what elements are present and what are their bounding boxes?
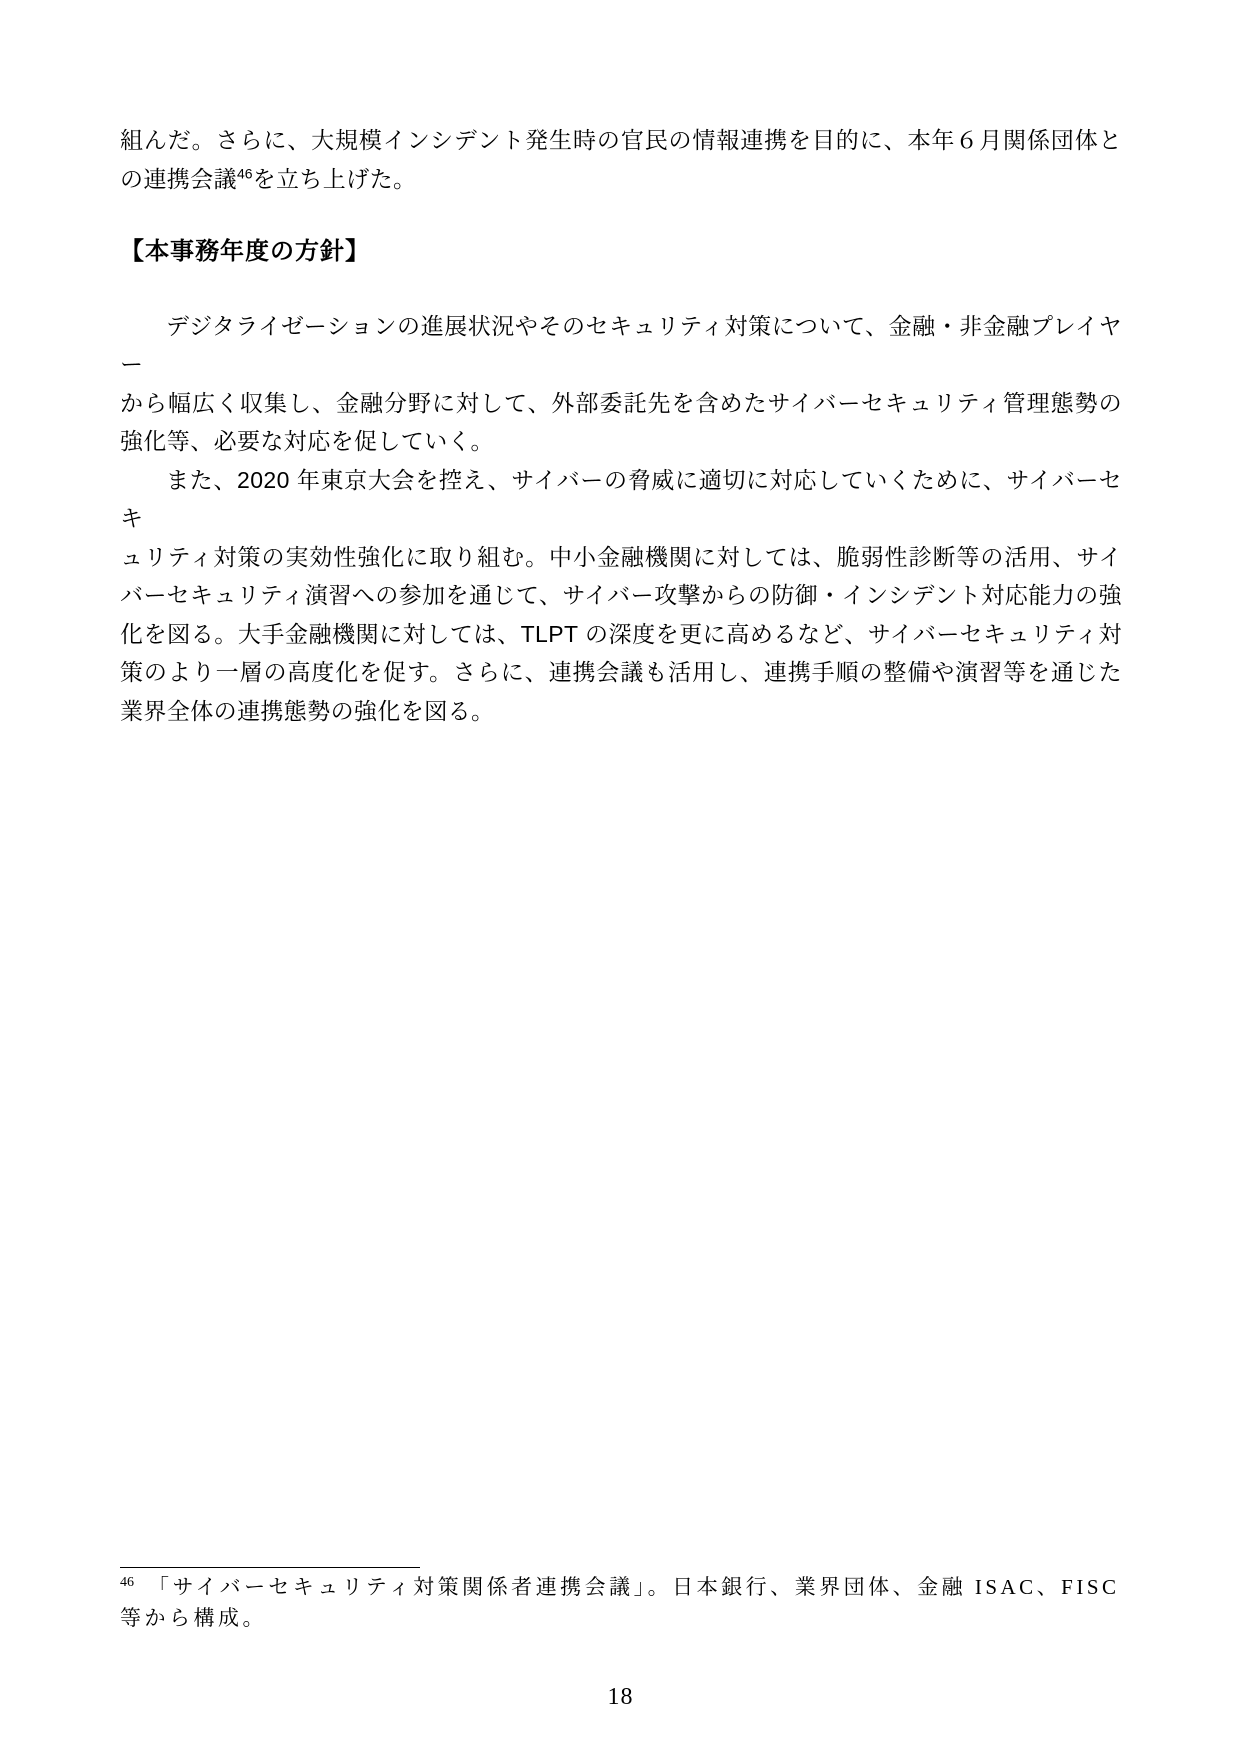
footnote-46-text: 「サイバーセキュリティ対策関係者連携会議」。日本銀行、業界団体、金融 ISAC、…	[120, 1575, 1120, 1630]
paragraph-2: デジタライゼーションの進展状況やそのセキュリティ対策について、金融・非金融プレイ…	[120, 307, 1122, 461]
section-heading: 【本事務年度の方針】	[120, 233, 1122, 272]
paragraph-2-line-1: デジタライゼーションの進展状況やそのセキュリティ対策について、金融・非金融プレイ…	[120, 307, 1122, 384]
paragraph-3-line-5: 策のより一層の高度化を促す。さらに、連携会議も活用し、連携手順の整備や演習等を通…	[120, 653, 1122, 692]
footnote-reference-46: 46	[237, 165, 253, 181]
paragraph-3: また、2020 年東京大会を控え、サイバーの脅威に適切に対応していくために、サイ…	[120, 461, 1122, 731]
paragraph-3-line-1: また、2020 年東京大会を控え、サイバーの脅威に適切に対応していくために、サイ…	[120, 461, 1122, 538]
paragraph-3-line-2: ュリティ対策の実効性強化に取り組む。中小金融機関に対しては、脆弱性診断等の活用、…	[120, 538, 1122, 577]
footnote-separator-rule	[120, 1567, 420, 1568]
page-number: 18	[0, 1684, 1241, 1711]
paragraph-3-line-6: 業界全体の連携態勢の強化を図る。	[120, 692, 1122, 731]
paragraph-2-line-2: から幅広く収集し、金融分野に対して、外部委託先を含めたサイバーセキュリティ管理態…	[120, 384, 1122, 423]
footnote-46-marker: 46	[120, 1575, 134, 1590]
document-page: 組んだ。さらに、大規模インシデント発生時の官民の情報連携を目的に、本年６月関係団…	[0, 0, 1241, 1754]
paragraph-1-line-2-tail: を立ち上げた。	[253, 166, 417, 192]
paragraph-3-line-4: 化を図る。大手金融機関に対しては、TLPT の深度を更に高めるなど、サイバーセキ…	[120, 615, 1122, 654]
paragraph-1: 組んだ。さらに、大規模インシデント発生時の官民の情報連携を目的に、本年６月関係団…	[120, 121, 1122, 198]
paragraph-1-line-2-text: の連携会議	[120, 166, 237, 192]
paragraph-2-line-3: 強化等、必要な対応を促していく。	[120, 422, 1122, 461]
body-text: 組んだ。さらに、大規模インシデント発生時の官民の情報連携を目的に、本年６月関係団…	[120, 121, 1122, 730]
paragraph-1-line-1: 組んだ。さらに、大規模インシデント発生時の官民の情報連携を目的に、本年６月関係団…	[120, 121, 1122, 160]
paragraph-3-line-3: バーセキュリティ演習への参加を通じて、サイバー攻撃からの防御・インシデント対応能…	[120, 576, 1122, 615]
footnote-46: 46「サイバーセキュリティ対策関係者連携会議」。日本銀行、業界団体、金融 ISA…	[120, 1572, 1135, 1634]
paragraph-1-line-2: の連携会議46を立ち上げた。	[120, 160, 1122, 199]
